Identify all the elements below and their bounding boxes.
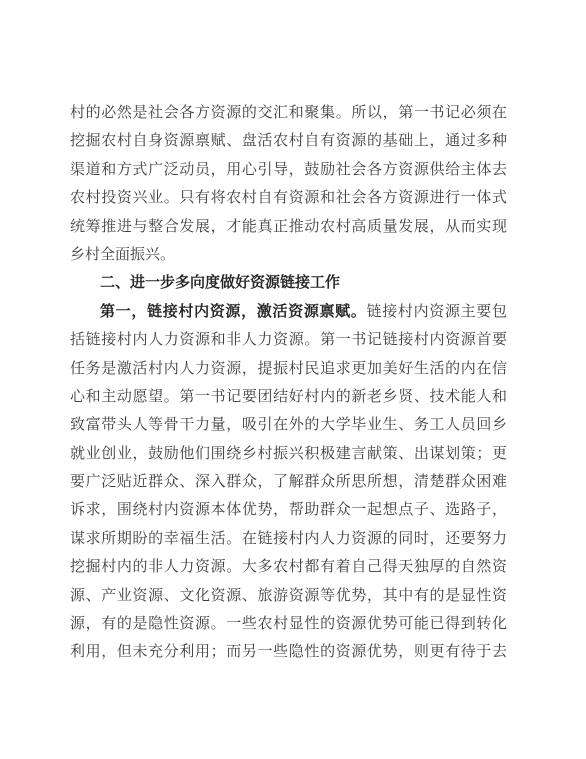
text-segment: 渠道和方式广泛动员，用心引导，鼓励社会各方资源供给主体去 xyxy=(70,162,507,178)
text-line: 挖掘农村自身资源禀赋、盘活农村自有资源的基础上，通过多种 xyxy=(70,127,507,155)
text-line: 农村投资兴业。只有将农村自有资源和社会各方资源进行一体式 xyxy=(70,184,507,212)
text-segment: 致富带头人等骨干力量，吸引在外的大学毕业生、务工人员回乡 xyxy=(70,417,507,433)
text-line: 就业创业，鼓励他们围绕乡村振兴积极建言献策、出谋划策；更 xyxy=(70,440,507,468)
document-text-block: 村的必然是社会各方资源的交汇和聚集。所以，第一书记必须在挖掘农村自身资源禀赋、盘… xyxy=(70,99,507,667)
text-line: 渠道和方式广泛动员，用心引导，鼓励社会各方资源供给主体去 xyxy=(70,156,507,184)
text-segment: 谋求所期盼的幸福生活。在链接村内人力资源的同时，还要努力 xyxy=(70,531,507,547)
section-heading: 二、进一步多向度做好资源链接工作 xyxy=(70,269,507,297)
text-line: 源、产业资源、文化资源、旅游资源等优势，其中有的是显性资 xyxy=(70,582,507,610)
bold-text-segment: 二、进一步多向度做好资源链接工作 xyxy=(100,275,340,291)
document-page: 村的必然是社会各方资源的交汇和聚集。所以，第一书记必须在挖掘农村自身资源禀赋、盘… xyxy=(0,0,586,759)
text-line: 括链接村内人力资源和非人力资源。第一书记链接村内资源首要 xyxy=(70,326,507,354)
text-segment: 农村投资兴业。只有将农村自有资源和社会各方资源进行一体式 xyxy=(70,190,507,206)
text-line: 要广泛贴近群众、深入群众，了解群众所思所想，清楚群众困难 xyxy=(70,468,507,496)
text-segment: 乡村全面振兴。 xyxy=(70,247,175,263)
text-line: 挖掘村内的非人力资源。大多农村都有着自己得天独厚的自然资 xyxy=(70,553,507,581)
text-line: 村的必然是社会各方资源的交汇和聚集。所以，第一书记必须在 xyxy=(70,99,507,127)
text-line: 谋求所期盼的幸福生活。在链接村内人力资源的同时，还要努力 xyxy=(70,525,507,553)
text-segment: 源、产业资源、文化资源、旅游资源等优势，其中有的是显性资 xyxy=(70,588,507,604)
text-line: 乡村全面振兴。 xyxy=(70,241,507,269)
text-segment: 挖掘农村自身资源禀赋、盘活农村自有资源的基础上，通过多种 xyxy=(70,133,507,149)
text-line: 诉求，围绕村内资源本体优势，帮助群众一起想点子、选路子， xyxy=(70,496,507,524)
text-line: 源，有的是隐性资源。一些农村显性的资源优势可能已得到转化 xyxy=(70,610,507,638)
text-segment: 源，有的是隐性资源。一些农村显性的资源优势可能已得到转化 xyxy=(70,616,507,632)
text-segment: 括链接村内人力资源和非人力资源。第一书记链接村内资源首要 xyxy=(70,332,507,348)
text-line: 统筹推进与整合发展，才能真正推动农村高质量发展，从而实现 xyxy=(70,213,507,241)
text-line: 致富带头人等骨干力量，吸引在外的大学毕业生、务工人员回乡 xyxy=(70,411,507,439)
text-segment: 统筹推进与整合发展，才能真正推动农村高质量发展，从而实现 xyxy=(70,219,507,235)
text-segment: 链接村内资源主要包 xyxy=(367,304,507,320)
text-segment: 心和主动愿望。第一书记要团结好村内的新老乡贤、技术能人和 xyxy=(70,389,507,405)
text-segment: 要广泛贴近群众、深入群众，了解群众所思所想，清楚群众困难 xyxy=(70,474,507,490)
text-segment: 村的必然是社会各方资源的交汇和聚集。所以，第一书记必须在 xyxy=(70,105,507,121)
text-segment: 任务是激活村内人力资源，提振村民追求更加美好生活的内在信 xyxy=(70,361,507,377)
text-line: 第一，链接村内资源，激活资源禀赋。链接村内资源主要包 xyxy=(70,298,507,326)
bold-text-segment: 第一，链接村内资源，激活资源禀赋。 xyxy=(100,304,367,320)
text-segment: 就业创业，鼓励他们围绕乡村振兴积极建言献策、出谋划策；更 xyxy=(70,446,507,462)
text-segment: 诉求，围绕村内资源本体优势，帮助群众一起想点子、选路子， xyxy=(70,502,507,518)
text-line: 心和主动愿望。第一书记要团结好村内的新老乡贤、技术能人和 xyxy=(70,383,507,411)
text-line: 任务是激活村内人力资源，提振村民追求更加美好生活的内在信 xyxy=(70,355,507,383)
text-segment: 挖掘村内的非人力资源。大多农村都有着自己得天独厚的自然资 xyxy=(70,559,507,575)
text-segment: 利用，但未充分利用；而另一些隐性的资源优势，则更有待于去 xyxy=(70,644,507,660)
text-line: 利用，但未充分利用；而另一些隐性的资源优势，则更有待于去 xyxy=(70,638,507,666)
